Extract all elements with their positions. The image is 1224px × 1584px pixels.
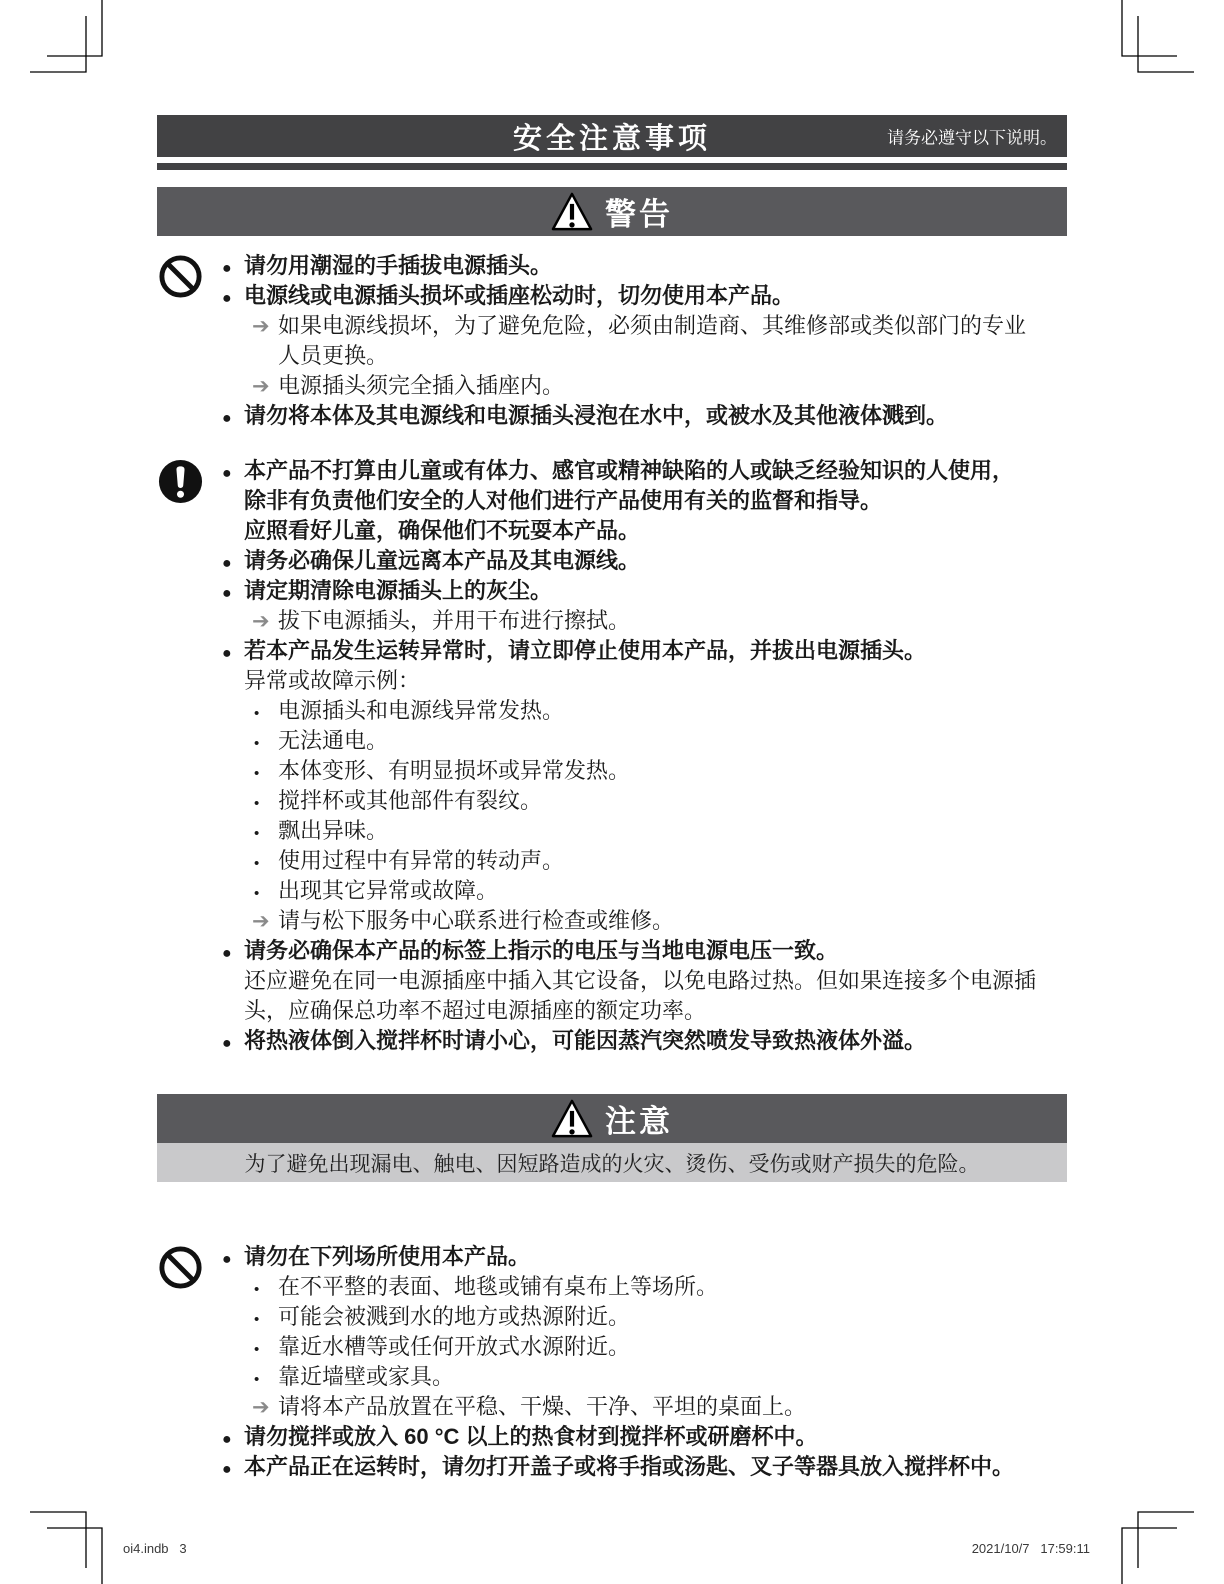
item-text: 搅拌杯或其他部件有裂纹。 [278,786,542,816]
manual-page: 安全注意事项 请务必遵守以下说明。 警告 ●请勿用潮湿的手插拔电源插头。 ●电源… [0,0,1224,1584]
bullet-item: ●请勿用潮湿的手插拔电源插头。 [222,251,1067,281]
arrow-item-continuation: 人员更换。 [222,341,1067,371]
item-text: 请定期清除电源插头上的灰尘。 [244,576,552,606]
item-text: 出现其它异常或故障。 [278,876,498,906]
bullet-marker: ● [222,1425,244,1455]
bullet-item: ●请务必确保本产品的标签上指示的电压与当地电源电压一致。 [222,936,1067,966]
caution-title: 注意 [605,1096,673,1141]
item-text: 飘出异味。 [278,816,388,846]
item-text: 应照看好儿童，确保他们不玩耍本产品。 [244,516,640,546]
bullet-marker: ● [222,459,244,489]
caution-subtitle: 为了避免出现漏电、触电、因短路造成的火灾、烫伤、受伤或财产损失的危险。 [157,1143,1067,1182]
sub-bullet-marker: • [254,1275,278,1305]
sub-bullet-marker: • [254,699,278,729]
bullet-marker: ● [222,579,244,609]
sub-item: •靠近墙壁或家具。 [222,1362,1067,1392]
sub-bullet-marker: • [254,759,278,789]
item-text: 请勿将本体及其电源线和电源插头浸泡在水中，或被水及其他液体溅到。 [244,401,948,431]
sub-item: •本体变形、有明显损坏或异常发热。 [222,756,1067,786]
trim-mark-top-left [30,0,102,72]
warning-triangle-icon [551,192,593,232]
header-rule [157,163,1067,170]
bullet-item: ●请勿将本体及其电源线和电源插头浸泡在水中，或被水及其他液体溅到。 [222,401,1067,431]
bullet-item: ●本产品不打算由儿童或有体力、感官或精神缺陷的人或缺乏经验知识的人使用， [222,456,1067,486]
item-text: 若本产品发生运转异常时，请立即停止使用本产品，并拔出电源插头。 [244,636,926,666]
item-text: 异常或故障示例： [244,666,420,696]
bullet-item: ●请勿搅拌或放入 60 °C 以上的热食材到搅拌杯或研磨杯中。 [222,1422,1067,1452]
warning-group-lines: ●本产品不打算由儿童或有体力、感官或精神缺陷的人或缺乏经验知识的人使用， 除非有… [222,456,1067,1056]
plain-line: 头，应确保总功率不超过电源插座的额定功率。 [222,996,1067,1026]
prohibition-icon [157,1242,222,1482]
arrow-icon: ➔ [252,1393,278,1423]
arrow-item: ➔请将本产品放置在平稳、干燥、干净、平坦的桌面上。 [222,1392,1067,1422]
bullet-item: ●若本产品发生运转异常时，请立即停止使用本产品，并拔出电源插头。 [222,636,1067,666]
prohibition-icon [157,251,222,431]
item-text: 还应避免在同一电源插座中插入其它设备，以免电路过热。但如果连接多个电源插 [244,966,1036,996]
safety-header-bar: 安全注意事项 请务必遵守以下说明。 [157,115,1067,157]
bullet-item: ●本产品正在运转时，请勿打开盖子或将手指或汤匙、叉子等器具放入搅拌杯中。 [222,1452,1067,1482]
item-text: 拔下电源插头，并用干布进行擦拭。 [278,606,630,636]
item-text: 请勿在下列场所使用本产品。 [244,1242,530,1272]
sub-bullet-marker: • [254,789,278,819]
warning-bar: 警告 [157,187,1067,236]
plain-line: 还应避免在同一电源插座中插入其它设备，以免电路过热。但如果连接多个电源插 [222,966,1067,996]
footer-timestamp: 2021/10/7 17:59:11 [972,1541,1090,1556]
item-text: 请勿搅拌或放入 60 °C 以上的热食材到搅拌杯或研磨杯中。 [244,1422,818,1452]
caution-triangle-icon [551,1099,593,1139]
item-text: 头，应确保总功率不超过电源插座的额定功率。 [244,996,706,1026]
bullet-item: ●将热液体倒入搅拌杯时请小心，可能因蒸汽突然喷发导致热液体外溢。 [222,1026,1067,1056]
caution-bar: 注意 [157,1094,1067,1143]
bullet-marker: ● [222,1245,244,1275]
arrow-item: ➔拔下电源插头，并用干布进行擦拭。 [222,606,1067,636]
footer-file-info: oi4.indb 3 [123,1541,187,1556]
bullet-item: ●请勿在下列场所使用本产品。 [222,1242,1067,1272]
bullet-item: ●请定期清除电源插头上的灰尘。 [222,576,1067,606]
arrow-item: ➔请与松下服务中心联系进行检查或维修。 [222,906,1067,936]
bullet-item-continuation: 除非有负责他们安全的人对他们进行产品使用有关的监督和指导。 [222,486,1067,516]
item-text: 本产品不打算由儿童或有体力、感官或精神缺陷的人或缺乏经验知识的人使用， [244,456,1014,486]
item-text: 使用过程中有异常的转动声。 [278,846,564,876]
caution-group-prohibition: ●请勿在下列场所使用本产品。 •在不平整的表面、地毯或铺有桌布上等场所。 •可能… [157,1242,1067,1482]
bullet-marker: ● [222,1455,244,1485]
sub-bullet-marker: • [254,1365,278,1395]
bullet-marker: ● [222,284,244,314]
item-text: 可能会被溅到水的地方或热源附近。 [278,1302,630,1332]
page-content: 安全注意事项 请务必遵守以下说明。 警告 ●请勿用潮湿的手插拔电源插头。 ●电源… [157,115,1067,1482]
item-text: 人员更换。 [278,341,388,371]
item-text: 电源插头和电源线异常发热。 [278,696,564,726]
arrow-icon: ➔ [252,372,278,402]
plain-line: 异常或故障示例： [222,666,1067,696]
item-text: 本产品正在运转时，请勿打开盖子或将手指或汤匙、叉子等器具放入搅拌杯中。 [244,1452,1014,1482]
sub-bullet-marker: • [254,819,278,849]
bullet-marker: ● [222,1029,244,1059]
arrow-icon: ➔ [252,907,278,937]
item-text: 在不平整的表面、地毯或铺有桌布上等场所。 [278,1272,718,1302]
caution-group-lines: ●请勿在下列场所使用本产品。 •在不平整的表面、地毯或铺有桌布上等场所。 •可能… [222,1242,1067,1482]
sub-bullet-marker: • [254,1335,278,1365]
sub-item: •搅拌杯或其他部件有裂纹。 [222,786,1067,816]
item-text: 靠近墙壁或家具。 [278,1362,454,1392]
bullet-marker: ● [222,939,244,969]
sub-bullet-marker: • [254,1305,278,1335]
bullet-marker: ● [222,254,244,284]
trim-mark-bottom-left [30,1512,102,1584]
trim-mark-top-right [1122,0,1194,72]
arrow-item: ➔如果电源线损坏，为了避免危险，必须由制造商、其维修部或类似部门的专业 [222,311,1067,341]
item-text: 靠近水槽等或任何开放式水源附近。 [278,1332,630,1362]
item-text: 将热液体倒入搅拌杯时请小心，可能因蒸汽突然喷发导致热液体外溢。 [244,1026,926,1056]
bullet-item: ●电源线或电源插头损坏或插座松动时，切勿使用本产品。 [222,281,1067,311]
warning-group-lines: ●请勿用潮湿的手插拔电源插头。 ●电源线或电源插头损坏或插座松动时，切勿使用本产… [222,251,1067,431]
item-text: 请勿用潮湿的手插拔电源插头。 [244,251,552,281]
sub-item: •出现其它异常或故障。 [222,876,1067,906]
sub-item: •靠近水槽等或任何开放式水源附近。 [222,1332,1067,1362]
mandatory-icon [157,456,222,1056]
item-text: 请与松下服务中心联系进行检查或维修。 [278,906,674,936]
item-text: 除非有负责他们安全的人对他们进行产品使用有关的监督和指导。 [244,486,882,516]
item-text: 请务必确保儿童远离本产品及其电源线。 [244,546,640,576]
header-note: 请务必遵守以下说明。 [887,124,1057,149]
warning-title: 警告 [605,189,673,234]
item-text: 本体变形、有明显损坏或异常发热。 [278,756,630,786]
item-text: 电源线或电源插头损坏或插座松动时，切勿使用本产品。 [244,281,794,311]
sub-item: •可能会被溅到水的地方或热源附近。 [222,1302,1067,1332]
arrow-icon: ➔ [252,312,278,342]
warning-group-prohibition: ●请勿用潮湿的手插拔电源插头。 ●电源线或电源插头损坏或插座松动时，切勿使用本产… [157,251,1067,431]
bullet-marker: ● [222,404,244,434]
item-text: 电源插头须完全插入插座内。 [278,371,564,401]
sub-item: •在不平整的表面、地毯或铺有桌布上等场所。 [222,1272,1067,1302]
item-text: 无法通电。 [278,726,388,756]
sub-item: •使用过程中有异常的转动声。 [222,846,1067,876]
bullet-marker: ● [222,549,244,579]
arrow-item: ➔电源插头须完全插入插座内。 [222,371,1067,401]
sub-bullet-marker: • [254,729,278,759]
sub-bullet-marker: • [254,879,278,909]
bullet-item: ●请务必确保儿童远离本产品及其电源线。 [222,546,1067,576]
page-title: 安全注意事项 [513,116,711,157]
item-text: 请务必确保本产品的标签上指示的电压与当地电源电压一致。 [244,936,838,966]
item-text: 请将本产品放置在平稳、干燥、干净、平坦的桌面上。 [278,1392,806,1422]
sub-bullet-marker: • [254,849,278,879]
bullet-item-continuation: 应照看好儿童，确保他们不玩耍本产品。 [222,516,1067,546]
sub-item: •无法通电。 [222,726,1067,756]
warning-group-mandatory: ●本产品不打算由儿童或有体力、感官或精神缺陷的人或缺乏经验知识的人使用， 除非有… [157,456,1067,1056]
item-text: 如果电源线损坏，为了避免危险，必须由制造商、其维修部或类似部门的专业 [278,311,1026,341]
trim-mark-bottom-right [1122,1512,1194,1584]
sub-item: •电源插头和电源线异常发热。 [222,696,1067,726]
sub-item: •飘出异味。 [222,816,1067,846]
bullet-marker: ● [222,639,244,669]
arrow-icon: ➔ [252,607,278,637]
